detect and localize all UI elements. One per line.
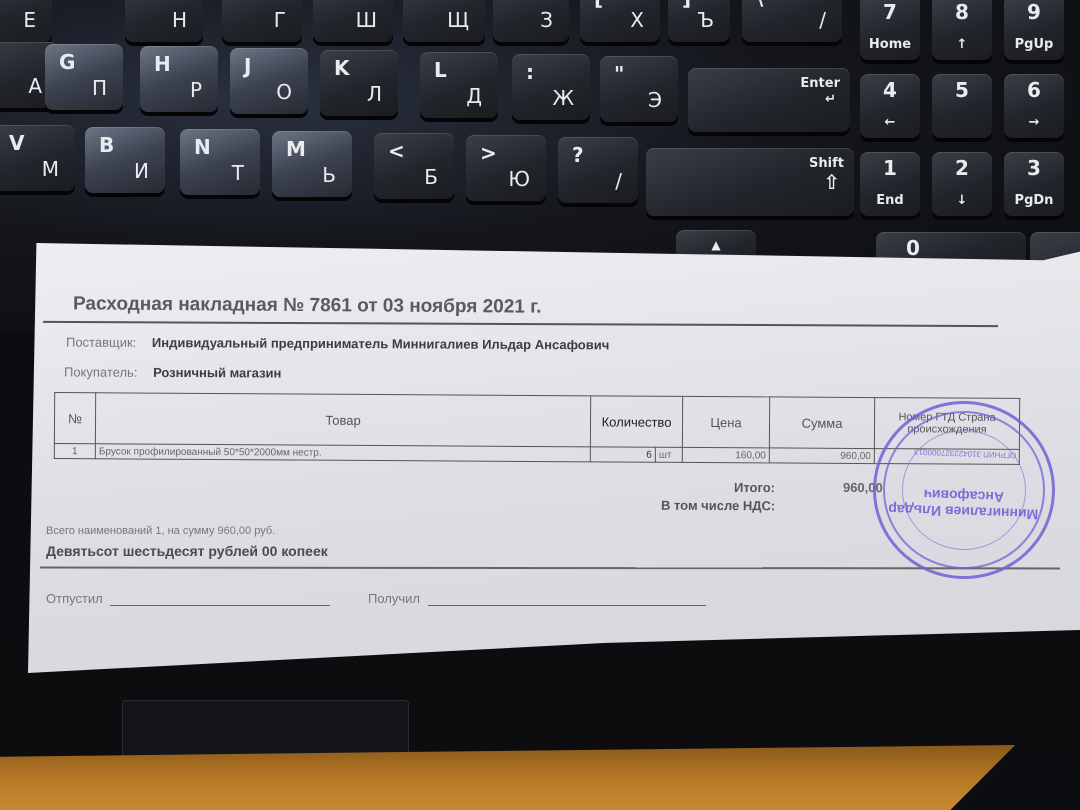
key-row2-5[interactable]: LД	[420, 52, 498, 118]
key-row1-0-cyrillic-label: Е	[23, 8, 36, 32]
key-row1-7[interactable]: ]Ъ	[668, 0, 730, 42]
key-row3-2-latin-label: N	[194, 135, 211, 159]
key-row1-5[interactable]: З	[493, 0, 569, 42]
header-price: Цена	[682, 396, 769, 448]
goods-table: № Товар Количество Цена Сумма Номер ГТД …	[54, 392, 1020, 465]
released-signature: Отпустил	[46, 591, 330, 606]
header-sum: Сумма	[769, 397, 874, 449]
vat-label: В том числе НДС:	[661, 498, 775, 514]
key-row2-2[interactable]: HР	[140, 46, 218, 112]
key-row3-6-latin-label: ?	[572, 143, 584, 167]
key-row3-0-cyrillic-label: М	[42, 157, 59, 181]
buyer-value: Розничный магазин	[153, 365, 281, 381]
numpad-key-4-function-label: ←	[885, 115, 896, 130]
cell-item: Брусок профилированный 50*50*2000мм нест…	[95, 444, 590, 462]
numpad-key-7-number-label: 7	[883, 0, 897, 24]
enter-key-label: Enter	[800, 76, 840, 91]
numpad-key-9-number-label: 9	[1027, 0, 1041, 24]
key-row3-4[interactable]: <Б	[374, 133, 454, 199]
key-row2-7-cyrillic-label: Э	[648, 88, 662, 112]
numpad-0-label: 0	[906, 236, 920, 260]
key-row1-4-cyrillic-label: Щ	[447, 8, 469, 32]
key-row3-1-cyrillic-label: И	[134, 159, 149, 183]
key-row3-5-cyrillic-label: Ю	[508, 167, 530, 191]
numpad-key-9-function-label: PgUp	[1015, 37, 1054, 52]
key-row1-6-cyrillic-label: Х	[630, 8, 644, 32]
numpad-key-6[interactable]: 6→	[1004, 74, 1064, 138]
key-row1-6-latin-label: [	[594, 0, 603, 10]
key-row2-6-latin-label: :	[526, 60, 534, 84]
key-row2-5-cyrillic-label: Д	[466, 84, 482, 108]
key-row1-7-latin-label: ]	[682, 0, 691, 10]
cell-qty: 6	[590, 447, 655, 462]
up-arrow-icon: ▲	[711, 238, 720, 252]
key-row2-7-latin-label: "	[614, 62, 624, 86]
key-row3-3[interactable]: MЬ	[272, 131, 352, 197]
key-row1-8-cyrillic-label: /	[819, 8, 826, 32]
key-row3-5[interactable]: >Ю	[466, 135, 546, 201]
released-signature-line	[110, 591, 330, 606]
numpad-key-9[interactable]: 9PgUp	[1004, 0, 1064, 60]
buyer-label: Покупатель:	[64, 364, 138, 379]
numpad-key-1-number-label: 1	[883, 156, 897, 180]
key-row3-4-latin-label: <	[388, 139, 405, 163]
supplier-label: Поставщик:	[66, 335, 136, 350]
key-row1-2-cyrillic-label: Г	[274, 8, 286, 32]
numpad-key-4[interactable]: 4←	[860, 74, 920, 138]
key-row2-1-cyrillic-label: П	[92, 76, 107, 100]
key-row2-2-cyrillic-label: Р	[190, 78, 202, 102]
key-row2-3-latin-label: J	[244, 54, 251, 78]
stamp-name: Миннигалиев Ильдар Ансафович	[875, 485, 1052, 523]
key-row2-4[interactable]: KЛ	[320, 50, 398, 116]
numpad-key-8-function-label: ↑	[957, 37, 968, 52]
summary-line: Всего наименований 1, на сумму 960,00 ру…	[46, 525, 275, 537]
key-row1-6[interactable]: [Х	[580, 0, 660, 42]
buyer-line: Покупатель: Розничный магазин	[64, 364, 281, 380]
total-label: Итого:	[734, 480, 775, 495]
key-row3-2[interactable]: NТ	[180, 129, 260, 195]
cell-sum: 960,00	[769, 448, 874, 464]
cell-price: 160,00	[682, 447, 769, 463]
shift-key[interactable]: Shift ⇧	[646, 148, 854, 216]
key-row2-0-cyrillic-label: А	[28, 74, 42, 98]
key-row1-0[interactable]: Е	[0, 0, 52, 42]
key-row1-1-cyrillic-label: Н	[172, 8, 187, 32]
amount-in-words: Девятьсот шестьдесят рублей 00 копеек	[46, 543, 328, 559]
key-row3-1-latin-label: B	[99, 133, 114, 157]
received-signature-line	[428, 591, 706, 606]
numpad-key-2-function-label: ↓	[957, 193, 968, 208]
key-row3-2-cyrillic-label: Т	[232, 161, 244, 185]
cell-unit: шт	[655, 447, 682, 462]
key-row2-3[interactable]: JО	[230, 48, 308, 114]
numpad-key-8[interactable]: 8↑	[932, 0, 992, 60]
shift-arrow-icon: ⇧	[823, 170, 840, 194]
supplier-value: Индивидуальный предприниматель Миннигали…	[152, 335, 609, 352]
key-row1-5-cyrillic-label: З	[540, 8, 553, 32]
key-row2-1[interactable]: GП	[45, 44, 123, 110]
numpad-key-5-number-label: 5	[955, 78, 969, 102]
key-row3-1[interactable]: BИ	[85, 127, 165, 193]
title-divider	[43, 321, 998, 327]
delivery-note: Расходная накладная № 7861 от 03 ноября …	[28, 243, 1080, 673]
key-row3-4-cyrillic-label: Б	[424, 165, 438, 189]
shift-key-label: Shift	[809, 156, 844, 171]
key-row3-3-cyrillic-label: Ь	[322, 163, 336, 187]
released-label: Отпустил	[46, 591, 103, 606]
key-row2-3-cyrillic-label: О	[276, 80, 292, 104]
key-row2-4-cyrillic-label: Л	[367, 82, 382, 106]
received-signature: Получил	[368, 591, 706, 606]
supplier-line: Поставщик: Индивидуальный предпринимател…	[66, 335, 609, 353]
numpad-key-2[interactable]: 2↓	[932, 152, 992, 216]
key-row2-7[interactable]: "Э	[600, 56, 678, 122]
key-row1-7-cyrillic-label: Ъ	[697, 8, 714, 32]
goods-table-header: № Товар Количество Цена Сумма Номер ГТД …	[54, 393, 1019, 450]
numpad-key-6-function-label: →	[1029, 115, 1040, 130]
numpad-key-7[interactable]: 7Home	[860, 0, 920, 60]
numpad-key-1[interactable]: 1End	[860, 152, 920, 216]
numpad-key-3-function-label: PgDn	[1015, 193, 1054, 208]
numpad-key-3-number-label: 3	[1027, 156, 1041, 180]
cell-num: 1	[54, 444, 95, 459]
key-row3-0[interactable]: VМ	[0, 125, 75, 191]
key-row1-8[interactable]: \/	[742, 0, 842, 42]
numpad-key-3[interactable]: 3PgDn	[1004, 152, 1064, 216]
enter-key[interactable]: Enter ↵	[688, 68, 850, 132]
key-row2-2-latin-label: H	[154, 52, 171, 76]
key-row2-6-cyrillic-label: Ж	[552, 86, 574, 110]
key-row1-3[interactable]: Ш	[313, 0, 393, 42]
header-qty: Количество	[590, 396, 682, 448]
key-row3-6[interactable]: ?/	[558, 137, 638, 203]
stamp-ogrn: ОГРНИП 310422327000013	[877, 446, 1053, 461]
key-row2-1-latin-label: G	[59, 50, 75, 74]
received-label: Получил	[368, 591, 420, 606]
key-row3-3-latin-label: M	[286, 137, 306, 161]
document-title: Расходная накладная № 7861 от 03 ноября …	[73, 293, 542, 318]
key-row1-3-cyrillic-label: Ш	[356, 8, 377, 32]
numpad-key-5[interactable]: 5	[932, 74, 992, 138]
key-row1-2[interactable]: Г	[222, 0, 302, 42]
key-row2-4-latin-label: K	[334, 56, 350, 80]
key-row1-1[interactable]: Н	[125, 0, 203, 42]
enter-arrow-icon: ↵	[825, 92, 836, 107]
key-row2-6[interactable]: :Ж	[512, 54, 590, 120]
bottom-divider	[40, 567, 1060, 570]
numpad-key-8-number-label: 8	[955, 0, 969, 24]
key-row3-6-cyrillic-label: /	[615, 169, 622, 193]
numpad-key-2-number-label: 2	[955, 156, 969, 180]
header-num: №	[54, 393, 95, 444]
numpad-key-1-function-label: End	[876, 193, 903, 208]
key-row2-5-latin-label: L	[434, 58, 447, 82]
numpad-key-4-number-label: 4	[883, 78, 897, 102]
numpad-key-7-function-label: Home	[869, 37, 911, 52]
key-row1-8-latin-label: \	[756, 0, 763, 10]
numpad-key-6-number-label: 6	[1027, 78, 1041, 102]
key-row3-5-latin-label: >	[480, 141, 497, 165]
key-row3-0-latin-label: V	[9, 131, 24, 155]
header-item: Товар	[95, 393, 590, 447]
key-row1-4[interactable]: Щ	[403, 0, 485, 42]
